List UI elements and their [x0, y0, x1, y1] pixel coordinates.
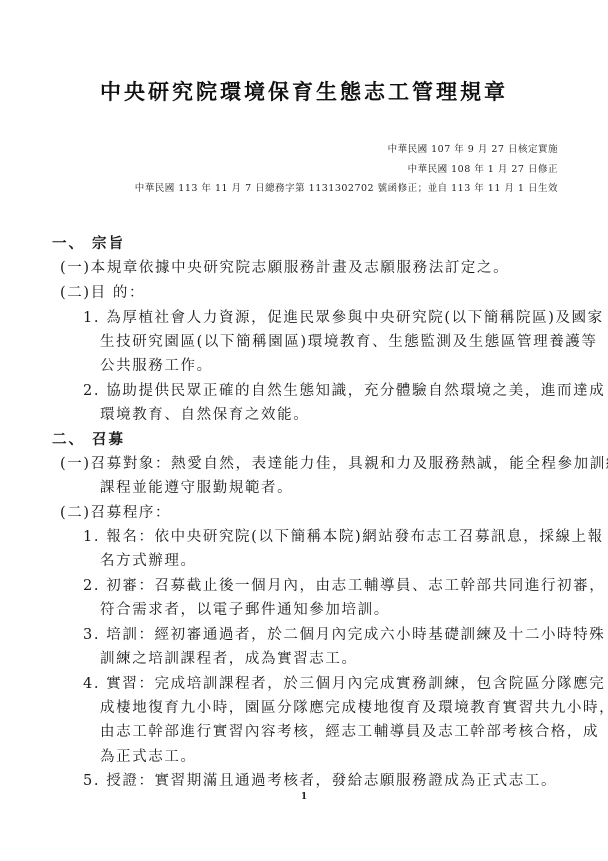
item-2-2-4-cont: 成棲地復育九小時，園區分隊應完成棲地復育及環境教育實習共九小時， — [100, 696, 608, 717]
section-heading-recruitment: 二、 召募 — [52, 428, 125, 449]
item-1-2-2: 2. 協助提供民眾正確的自然生態知識，充分體驗自然環境之美，進而達成 — [83, 379, 605, 400]
document-title: 中央研究院環境保育生態志工管理規章 — [0, 76, 608, 106]
approval-date: 中華民國 107 年 9 月 27 日核定實施 — [388, 141, 558, 155]
item-1-2-1-cont2: 公共服務工作。 — [100, 354, 213, 375]
latest-revision-note: 中華民國 113 年 11 月 7 日總務字第 1131302702 號函修正；… — [135, 180, 558, 194]
clause-2-2: (二)召募程序： — [60, 501, 171, 522]
item-2-2-1-cont: 名方式辦理。 — [100, 549, 197, 570]
clause-2-1-cont: 課程並能遵守服勤規範者。 — [100, 476, 293, 497]
clause-1-2: (二)目 的： — [60, 281, 145, 302]
item-2-2-3-cont: 訓練之培訓課程者，成為實習志工。 — [100, 647, 358, 668]
item-1-2-2-cont: 環境教育、自然保育之效能。 — [100, 403, 309, 424]
revision-date: 中華民國 108 年 1 月 27 日修正 — [408, 161, 558, 175]
clause-2-1: (一)召募對象：熱愛自然，表達能力佳，具親和力及服務熱誠，能全程參加訓練 — [60, 452, 608, 473]
item-2-2-4-cont2: 由志工幹部進行實習內容考核，經志工輔導員及志工幹部考核合格，成 — [100, 720, 599, 741]
item-2-2-4: 4. 實習：完成培訓課程者，於三個月內完成實務訓練，包含院區分隊應完 — [83, 672, 605, 693]
item-2-2-1: 1. 報名：依中央研究院(以下簡稱本院)網站發布志工召募訊息，採線上報 — [83, 525, 604, 546]
item-2-2-5: 5. 授證：實習期滿且通過考核者，發給志願服務證成為正式志工。 — [83, 769, 557, 790]
clause-1-1: (一)本規章依據中央研究院志願服務計畫及志願服務法訂定之。 — [60, 256, 509, 277]
section-heading-purpose: 一、 宗旨 — [52, 232, 125, 253]
item-2-2-3: 3. 培訓：經初審通過者，於二個月內完成六小時基礎訓練及十二小時特殊 — [83, 623, 605, 644]
item-2-2-4-cont3: 為正式志工。 — [100, 745, 197, 766]
item-2-2-2: 2. 初審：召募截止後一個月內，由志工輔導員、志工幹部共同進行初審， — [83, 574, 605, 595]
item-2-2-2-cont: 符合需求者，以電子郵件通知參加培訓。 — [100, 598, 390, 619]
item-1-2-1-cont: 生技研究園區(以下簡稱園區)環境教育、生態監測及生態區管理養護等 — [100, 330, 598, 351]
page-number: 1 — [0, 792, 608, 802]
document-page: 中央研究院環境保育生態志工管理規章 中華民國 107 年 9 月 27 日核定實… — [0, 0, 608, 861]
item-1-2-1: 1. 為厚植社會人力資源，促進民眾參與中央研究院(以下簡稱院區)及國家 — [83, 306, 604, 327]
